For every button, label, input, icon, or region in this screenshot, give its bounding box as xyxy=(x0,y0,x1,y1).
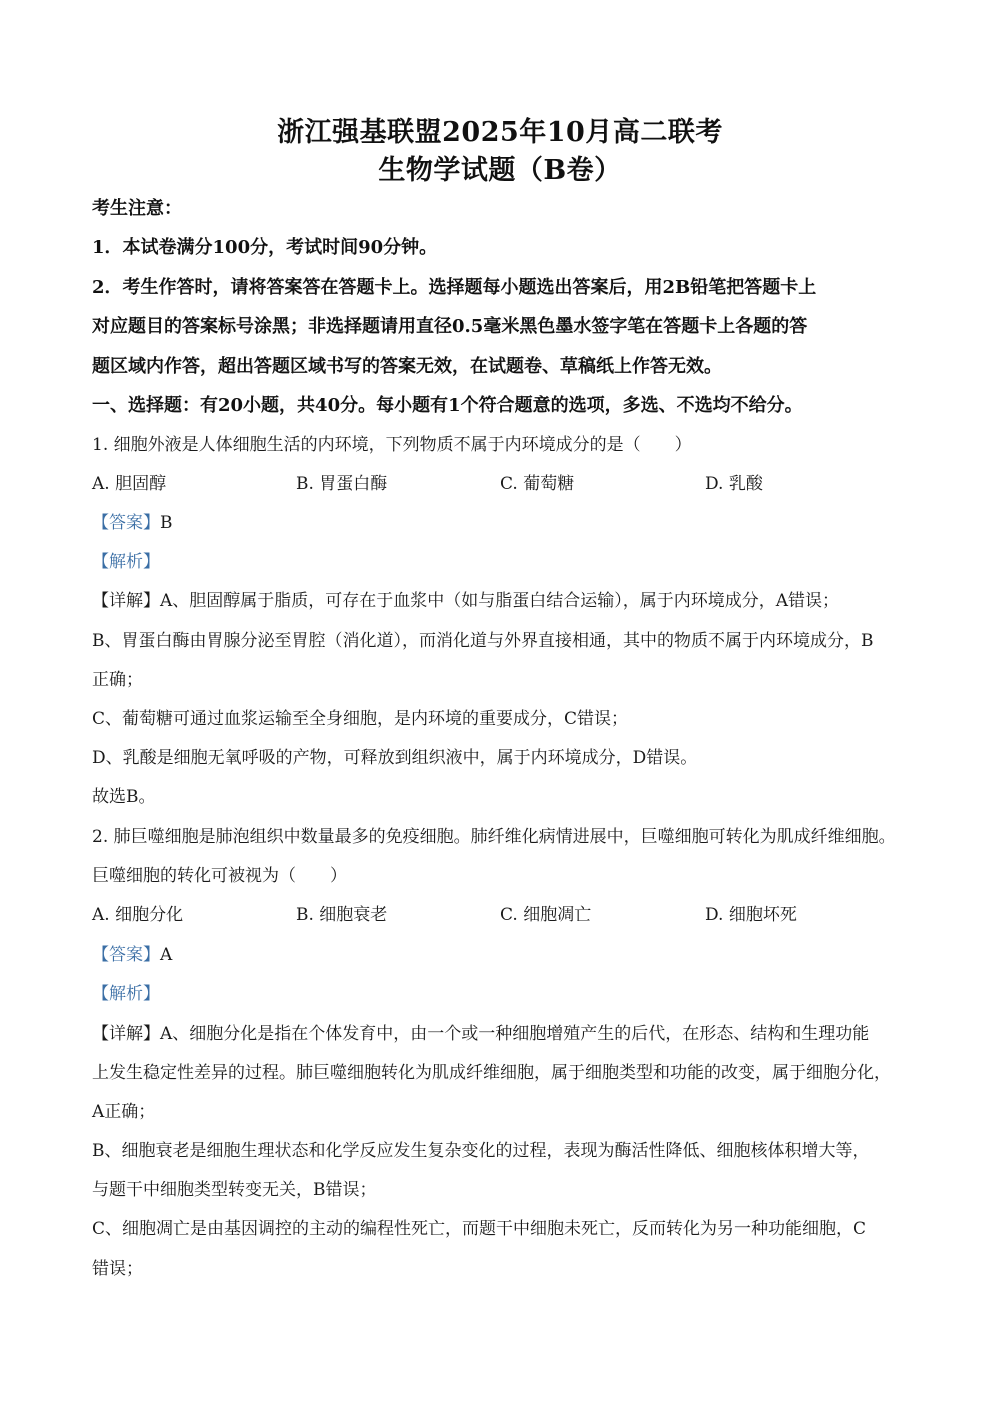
notice-item-2-line-2: 对应题目的答案标号涂黑；非选择题请用直径0.5毫米黑色墨水签字笔在答题卡上各题的… xyxy=(92,312,807,338)
question-1-answer: 【答案】B xyxy=(92,508,173,533)
notice-item-1: 1．本试卷满分100分，考试时间90分钟。 xyxy=(92,233,437,259)
question-1-option-a: A. 胆固醇 xyxy=(92,469,166,494)
question-2-detail-line: A正确； xyxy=(92,1097,155,1122)
detail-label: 【详解】 xyxy=(92,1024,160,1044)
question-2-analysis-label: 【解析】 xyxy=(92,979,160,1004)
answer-value: A xyxy=(160,945,172,965)
detail-text: A、胆固醇属于脂质，可存在于血浆中（如与脂蛋白结合运输），属于内环境成分，A错误… xyxy=(160,591,839,611)
question-1-detail-line: 正确； xyxy=(92,665,143,690)
section-heading: 一、选择题：有20小题，共40分。每小题有1个符合题意的选项，多选、不选均不给分… xyxy=(92,391,803,417)
question-2-answer: 【答案】A xyxy=(92,940,172,965)
answer-label: 【答案】 xyxy=(92,513,160,533)
question-1-option-d: D. 乳酸 xyxy=(705,469,763,494)
question-2-option-d: D. 细胞坏死 xyxy=(705,900,797,925)
exam-page: 浙江强基联盟2025年10月高二联考 生物学试题（B卷） 考生注意： 1．本试卷… xyxy=(0,0,1000,1414)
question-2-option-b: B. 细胞衰老 xyxy=(296,900,387,925)
question-1-detail-line: C、葡萄糖可通过血浆运输至全身细胞，是内环境的重要成分，C错误； xyxy=(92,704,628,729)
question-2-stem-line-2: 巨噬细胞的转化可被视为（ ） xyxy=(92,861,347,886)
question-2-detail-line: 【详解】A、细胞分化是指在个体发育中，由一个或一种细胞增殖产生的后代，在形态、结… xyxy=(92,1019,869,1044)
exam-title: 浙江强基联盟2025年10月高二联考 xyxy=(0,110,1000,149)
question-2-option-a: A. 细胞分化 xyxy=(92,900,183,925)
notice-heading: 考生注意： xyxy=(92,194,182,220)
exam-subtitle: 生物学试题（B卷） xyxy=(0,148,1000,187)
question-1-option-c: C. 葡萄糖 xyxy=(500,469,574,494)
question-1-detail-line: 故选B。 xyxy=(92,782,156,807)
detail-text: A、细胞分化是指在个体发育中，由一个或一种细胞增殖产生的后代，在形态、结构和生理… xyxy=(160,1024,869,1044)
answer-label: 【答案】 xyxy=(92,945,160,965)
question-2-detail-line: 错误； xyxy=(92,1254,143,1279)
question-1-detail-line: D、乳酸是细胞无氧呼吸的产物，可释放到组织液中，属于内环境成分，D错误。 xyxy=(92,743,697,768)
answer-value: B xyxy=(160,513,173,533)
notice-item-2-line-1: 2．考生作答时，请将答案答在答题卡上。选择题每小题选出答案后，用2B铅笔把答题卡… xyxy=(92,273,816,299)
question-2-detail-line: 与题干中细胞类型转变无关，B错误； xyxy=(92,1175,377,1200)
question-1-stem: 1. 细胞外液是人体细胞生活的内环境，下列物质不属于内环境成分的是（ ） xyxy=(92,430,692,455)
question-2-detail-line: B、细胞衰老是细胞生理状态和化学反应发生复杂变化的过程，表现为酶活性降低、细胞核… xyxy=(92,1136,870,1161)
question-1-option-b: B. 胃蛋白酶 xyxy=(296,469,387,494)
question-2-detail-line: C、细胞凋亡是由基因调控的主动的编程性死亡，而题干中细胞未死亡，反而转化为另一种… xyxy=(92,1214,866,1239)
question-1-detail-line: 【详解】A、胆固醇属于脂质，可存在于血浆中（如与脂蛋白结合运输），属于内环境成分… xyxy=(92,586,839,611)
question-2-option-c: C. 细胞凋亡 xyxy=(500,900,591,925)
question-1-detail-line: B、胃蛋白酶由胃腺分泌至胃腔（消化道），而消化道与外界直接相通，其中的物质不属于… xyxy=(92,626,873,651)
notice-item-2-line-3: 题区域内作答，超出答题区域书写的答案无效，在试题卷、草稿纸上作答无效。 xyxy=(92,352,722,378)
detail-label: 【详解】 xyxy=(92,591,160,611)
question-1-analysis-label: 【解析】 xyxy=(92,547,160,572)
question-2-detail-line: 上发生稳定性差异的过程。肺巨噬细胞转化为肌成纤维细胞，属于细胞类型和功能的改变，… xyxy=(92,1058,891,1083)
question-2-stem-line-1: 2. 肺巨噬细胞是肺泡组织中数量最多的免疫细胞。肺纤维化病情进展中，巨噬细胞可转… xyxy=(92,822,896,847)
